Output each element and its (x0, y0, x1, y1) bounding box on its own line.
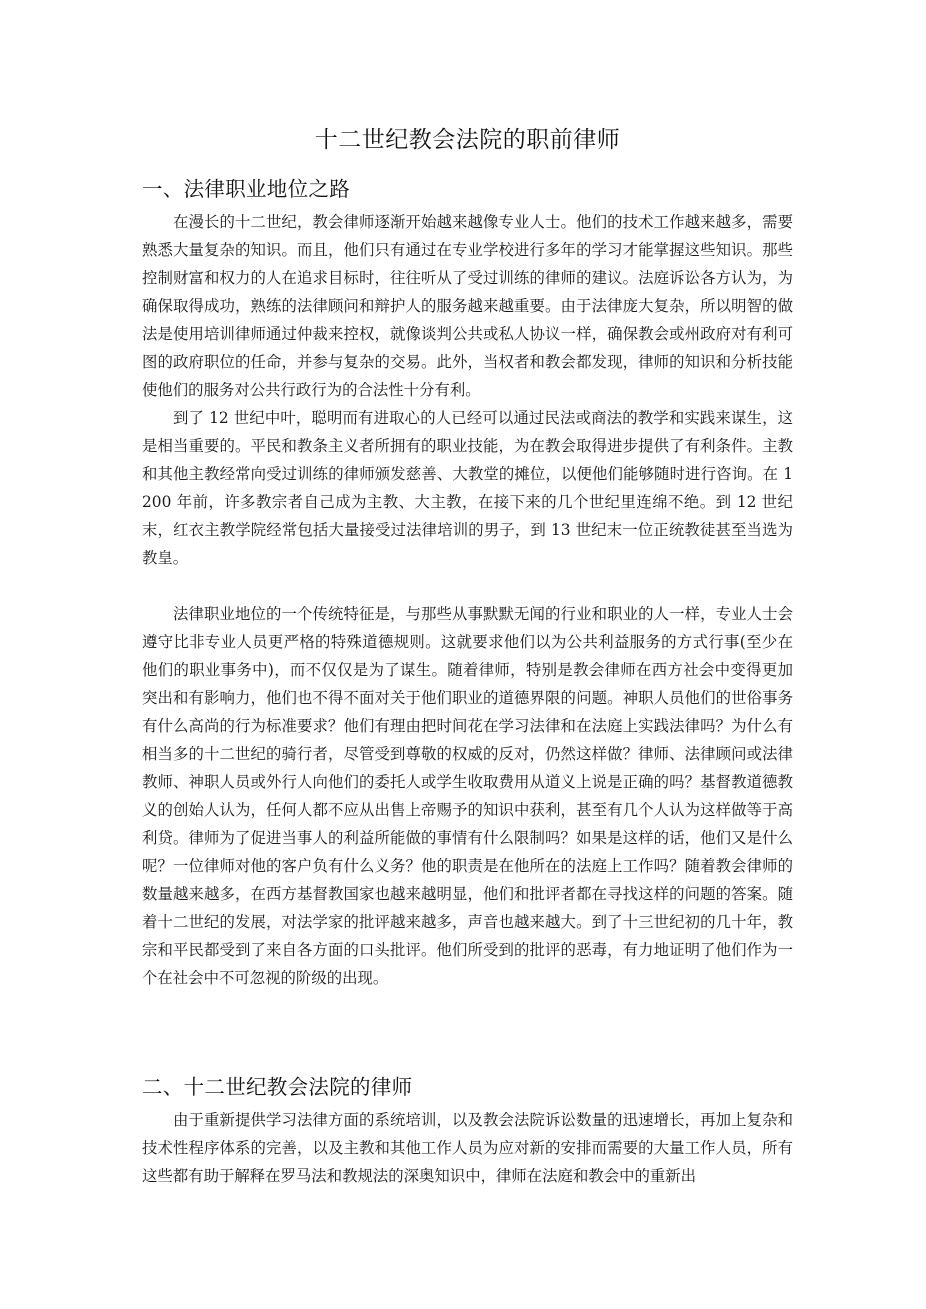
section-heading-2: 二、十二世纪教会法院的律师 (142, 1070, 412, 1100)
paragraph-2-1: 由于重新提供学习法律方面的系统培训，以及教会法院诉讼数量的迅速增长，再加上复杂和… (142, 1106, 793, 1190)
paragraph-1-3: 法律职业地位的一个传统特征是，与那些从事默默无闻的行业和职业的人一样，专业人士会… (142, 600, 793, 992)
document-title: 十二世纪教会法院的职前律师 (142, 121, 793, 154)
paragraph-1-2: 到了 12 世纪中叶，聪明而有进取心的人已经可以通过民法或商法的教学和实践来谋生… (142, 404, 793, 572)
section-heading-1: 一、法律职业地位之路 (142, 172, 350, 202)
paragraph-1-1: 在漫长的十二世纪，教会律师逐渐开始越来越像专业人士。他们的技术工作越来越多，需要… (142, 208, 793, 404)
